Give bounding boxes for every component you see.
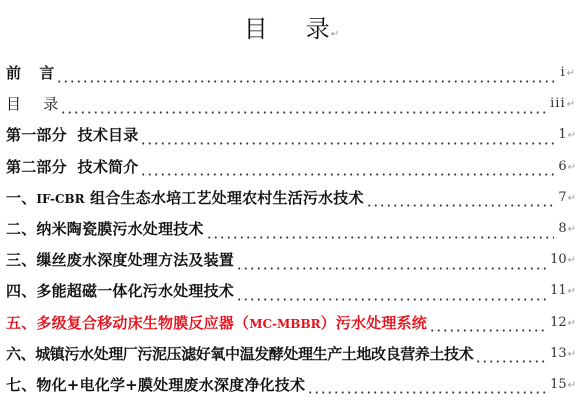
toc-entry-part-one[interactable]: 第一部分 技术目录 1↵: [6, 119, 576, 150]
toc-page-number: 11↵: [550, 283, 576, 298]
paragraph-mark-icon: ↵: [568, 162, 576, 173]
paragraph-mark-icon: ↵: [568, 380, 576, 391]
paragraph-mark-icon: ↵: [567, 68, 576, 79]
toc-entry-label: 前言: [6, 62, 54, 83]
page-title: 目录↵: [0, 12, 583, 52]
dot-leader: [429, 318, 546, 332]
dot-leader: [366, 193, 555, 207]
title-char-2: 录: [306, 15, 330, 43]
toc-entry-part-two[interactable]: 第二部分 技术简介 6↵: [6, 151, 576, 182]
toc-page-number: i↵: [560, 65, 576, 80]
paragraph-mark-icon: ↵: [568, 193, 576, 204]
toc-entry-label: 目录: [6, 93, 58, 114]
paragraph-mark-icon: ↵: [567, 99, 576, 110]
toc-entry-label: 第二部分 技术简介: [6, 156, 138, 177]
paragraph-mark-icon: ↵: [568, 318, 576, 329]
toc-entry-2[interactable]: 二、纳米陶瓷膜污水处理技术 8↵: [6, 213, 576, 244]
toc-entry-3[interactable]: 三、缫丝废水深度处理方法及装置 10↵: [6, 244, 576, 275]
toc-entry-label: 四、多能超磁一体化污水处理技术: [6, 280, 234, 301]
toc-entry-5-highlighted[interactable]: 五、多级复合移动床生物膜反应器（MC-MBBR）污水处理系统 12↵: [6, 307, 576, 338]
paragraph-mark-icon: ↵: [568, 286, 576, 297]
toc-entry-label: 五、多级复合移动床生物膜反应器（MC-MBBR）污水处理系统: [6, 312, 427, 333]
toc-entry-label: 七、物化+电化学+膜处理废水深度净化技术: [6, 374, 305, 395]
toc-page-number: iii↵: [550, 96, 576, 111]
dot-leader: [140, 131, 554, 145]
toc-entry-label: 六、城镇污水处理厂污泥压滤好氧中温发酵处理生产土地改良营养土技术: [6, 343, 473, 364]
dot-leader: [307, 380, 546, 394]
toc-entry-label: 一、IF-CBR 组合生态水培工艺处理农村生活污水技术: [6, 187, 364, 208]
paragraph-mark-icon: ↵: [568, 349, 576, 360]
title-char-1: 目: [244, 15, 268, 43]
toc-page-number: 1↵: [558, 127, 576, 142]
dot-leader: [140, 162, 554, 176]
toc-page-number: 6↵: [558, 159, 576, 174]
dot-leader: [56, 69, 556, 83]
dot-leader: [236, 256, 546, 270]
paragraph-mark-icon: ↵: [568, 130, 576, 141]
paragraph-mark-icon: ↵: [331, 29, 339, 40]
toc-page-number: 12↵: [550, 315, 576, 330]
paragraph-mark-icon: ↵: [568, 255, 576, 266]
toc-entry-label: 第一部分 技术目录: [6, 124, 138, 145]
toc-entry-4[interactable]: 四、多能超磁一体化污水处理技术 11↵: [6, 275, 576, 306]
dot-leader: [236, 287, 546, 301]
toc-entry-1[interactable]: 一、IF-CBR 组合生态水培工艺处理农村生活污水技术 7↵: [6, 182, 576, 213]
toc-page-number: 7↵: [558, 190, 576, 205]
toc-page-number: 13↵: [550, 346, 576, 361]
toc-entry-contents[interactable]: 目录 iii↵: [6, 88, 576, 119]
dot-leader: [475, 349, 546, 363]
toc-page-number: 8↵: [558, 221, 576, 236]
toc-entry-label: 二、纳米陶瓷膜污水处理技术: [6, 218, 204, 239]
dot-leader: [60, 100, 546, 114]
toc-entry-6[interactable]: 六、城镇污水处理厂污泥压滤好氧中温发酵处理生产土地改良营养土技术 13↵: [6, 338, 576, 369]
toc-page-number: 15↵: [550, 377, 576, 392]
toc-page-number: 10↵: [550, 252, 576, 267]
dot-leader: [206, 225, 555, 239]
toc-entry-preface[interactable]: 前言 i↵: [6, 57, 576, 88]
table-of-contents: 前言 i↵ 目录 iii↵ 第一部分 技术目录 1↵ 第二部分 技术简介 6↵ …: [6, 57, 576, 400]
paragraph-mark-icon: ↵: [568, 224, 576, 235]
toc-entry-label: 三、缫丝废水深度处理方法及装置: [6, 249, 234, 270]
toc-entry-7[interactable]: 七、物化+电化学+膜处理废水深度净化技术 15↵: [6, 369, 576, 400]
